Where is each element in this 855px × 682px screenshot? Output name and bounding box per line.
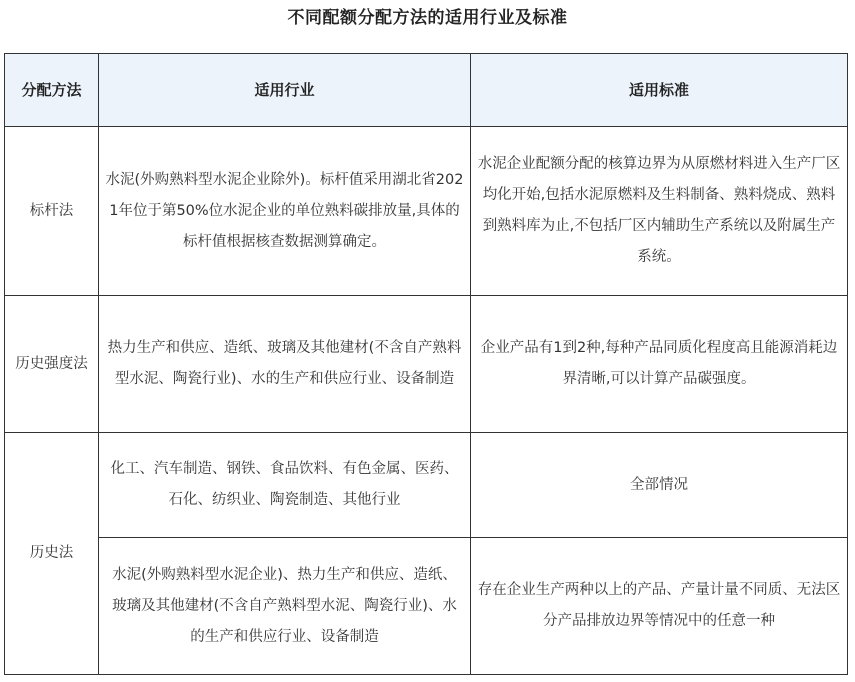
table-row-historical-a: 历史法 化工、汽车制造、钢铁、食品饮料、有色金属、医药、石化、纺织业、陶瓷制造、… (5, 433, 848, 538)
industry-cell: 水泥(外购熟料型水泥企业)、热力生产和供应、造纸、玻璃及其他建材(不含自产熟料型… (99, 538, 471, 675)
industry-cell: 水泥(外购熟料型水泥企业除外)。标杆值采用湖北省2021年位于第50%位水泥企业… (99, 127, 471, 296)
standard-cell: 水泥企业配额分配的核算边界为从原燃材料进入生产厂区均化开始,包括水泥原燃料及生料… (471, 127, 848, 296)
table-row-benchmark: 标杆法 水泥(外购熟料型水泥企业除外)。标杆值采用湖北省2021年位于第50%位… (5, 127, 848, 296)
allocation-methods-table: 分配方法 适用行业 适用标准 标杆法 水泥(外购熟料型水泥企业除外)。标杆值采用… (4, 53, 848, 675)
table-title: 不同配额分配方法的适用行业及标准 (0, 6, 855, 30)
method-cell: 历史强度法 (5, 296, 99, 433)
method-cell: 标杆法 (5, 127, 99, 296)
header-standard: 适用标准 (471, 54, 848, 127)
table-row-historical-b: 水泥(外购熟料型水泥企业)、热力生产和供应、造纸、玻璃及其他建材(不含自产熟料型… (5, 538, 848, 675)
industry-cell: 化工、汽车制造、钢铁、食品饮料、有色金属、医药、石化、纺织业、陶瓷制造、其他行业 (99, 433, 471, 538)
standard-cell: 存在企业生产两种以上的产品、产量计量不同质、无法区分产品排放边界等情况中的任意一… (471, 538, 848, 675)
standard-cell: 全部情况 (471, 433, 848, 538)
industry-cell: 热力生产和供应、造纸、玻璃及其他建材(不含自产熟料型水泥、陶瓷行业)、水的生产和… (99, 296, 471, 433)
header-method: 分配方法 (5, 54, 99, 127)
standard-cell: 企业产品有1到2种,每种产品同质化程度高且能源消耗边界清晰,可以计算产品碳强度。 (471, 296, 848, 433)
method-cell: 历史法 (5, 433, 99, 675)
header-industry: 适用行业 (99, 54, 471, 127)
table-header-row: 分配方法 适用行业 适用标准 (5, 54, 848, 127)
table-row-historical-intensity: 历史强度法 热力生产和供应、造纸、玻璃及其他建材(不含自产熟料型水泥、陶瓷行业)… (5, 296, 848, 433)
